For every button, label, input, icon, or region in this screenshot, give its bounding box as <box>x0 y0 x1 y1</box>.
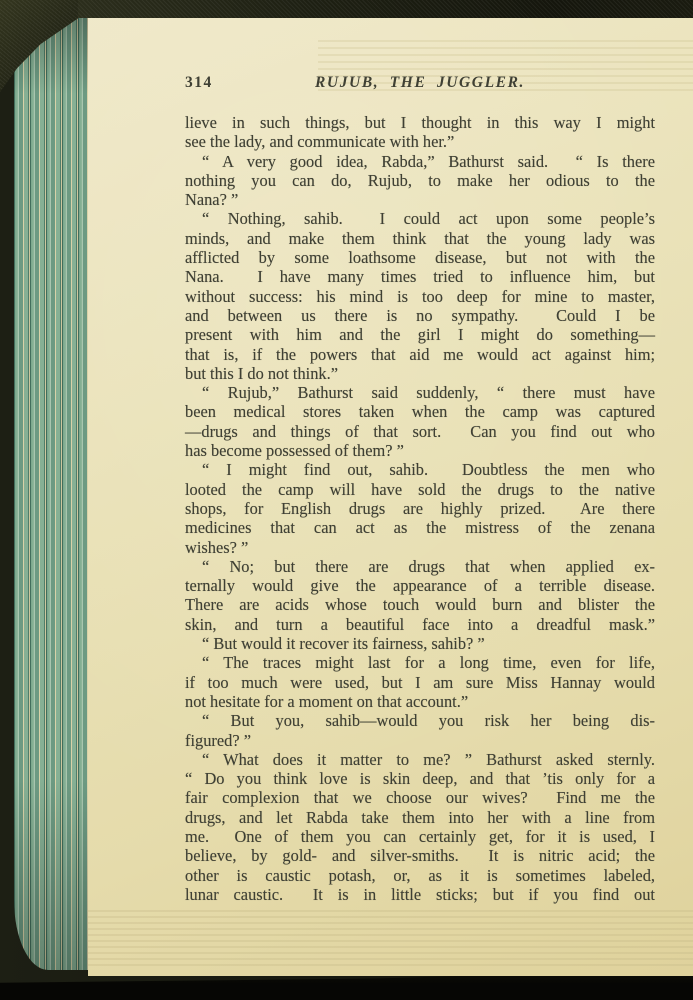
text-line: medicines that can act as the mistress o… <box>185 518 655 537</box>
text-line: afflicted by some loathsome disease, but… <box>185 248 655 267</box>
text-line: drugs, and let Rabda take them into her … <box>185 808 655 827</box>
running-title: RUJUB, THE JUGGLER. <box>185 74 655 92</box>
book-photo: 314 RUJUB, THE JUGGLER. lieve in such th… <box>0 0 693 1000</box>
page-header: 314 RUJUB, THE JUGGLER. <box>88 74 693 96</box>
text-line: “ What does it matter to me? ” Bathurst … <box>185 750 655 769</box>
text-line: “ But would it recover its fairness, sah… <box>185 634 655 653</box>
paragraph: “ Rujub,” Bathurst said suddenly, “ ther… <box>185 383 655 460</box>
text-line: nothing you can do, Rujub, to make her o… <box>185 171 655 190</box>
text-line: me. One of them you can certainly get, f… <box>185 827 655 846</box>
text-line: wishes? ” <box>185 538 655 557</box>
text-line: “ Rujub,” Bathurst said suddenly, “ ther… <box>185 383 655 402</box>
text-line: There are acids whose touch would burn a… <box>185 595 655 614</box>
text-line: skin, and turn a beautiful face into a d… <box>185 615 655 634</box>
paragraph: “ What does it matter to me? ” Bathurst … <box>185 750 655 904</box>
text-line: “ The traces might last for a long time,… <box>185 653 655 672</box>
text-line: not hesitate for a moment on that accoun… <box>185 692 655 711</box>
text-line: if too much were used, but I am sure Mis… <box>185 673 655 692</box>
text-line: looted the camp will have sold the drugs… <box>185 480 655 499</box>
text-line: other is caustic potash, or, as it is so… <box>185 866 655 885</box>
text-line: believe, by gold- and silver-smiths. It … <box>185 846 655 865</box>
text-line: minds, and make them think that the youn… <box>185 229 655 248</box>
paragraph: “ Nothing, sahib. I could act upon some … <box>185 209 655 383</box>
paragraph: “ But you, sahib—would you risk her bein… <box>185 711 655 750</box>
text-line: been medical stores taken when the camp … <box>185 402 655 421</box>
text-line: “ Nothing, sahib. I could act upon some … <box>185 209 655 228</box>
text-line: “ I might find out, sahib. Doubtless the… <box>185 460 655 479</box>
text-line: figured? ” <box>185 731 655 750</box>
underpage-streaks-bottom <box>88 910 693 968</box>
text-line: —drugs and things of that sort. Can you … <box>185 422 655 441</box>
text-line: lieve in such things, but I thought in t… <box>185 113 655 132</box>
text-line: lunar caustic. It is in little sticks; b… <box>185 885 655 904</box>
text-line: “ But you, sahib—would you risk her bein… <box>185 711 655 730</box>
text-line: has become possessed of them? ” <box>185 441 655 460</box>
text-line: “ A very good idea, Rabda,” Bathurst sai… <box>185 152 655 171</box>
page-text: lieve in such things, but I thought in t… <box>185 113 655 904</box>
book-page-edges <box>14 18 92 970</box>
text-line: “ No; but there are drugs that when appl… <box>185 557 655 576</box>
text-line: without success: his mind is too deep fo… <box>185 287 655 306</box>
text-line: ternally would give the appearance of a … <box>185 576 655 595</box>
paragraph: “ No; but there are drugs that when appl… <box>185 557 655 634</box>
text-line: and between us there is no sympathy. Cou… <box>185 306 655 325</box>
text-line: see the lady, and communicate with her.” <box>185 132 655 151</box>
paragraph: “ The traces might last for a long time,… <box>185 653 655 711</box>
text-line: but this I do not think.” <box>185 364 655 383</box>
paragraph: lieve in such things, but I thought in t… <box>185 113 655 152</box>
paragraph: “ I might find out, sahib. Doubtless the… <box>185 460 655 556</box>
text-line: “ Do you think love is skin deep, and th… <box>185 769 655 788</box>
text-line: Nana? ” <box>185 190 655 209</box>
text-line: that is, if the powers that aid me would… <box>185 345 655 364</box>
paragraph: “ A very good idea, Rabda,” Bathurst sai… <box>185 152 655 210</box>
text-line: Nana. I have many times tried to influen… <box>185 267 655 286</box>
book-page: 314 RUJUB, THE JUGGLER. lieve in such th… <box>88 18 693 976</box>
book-cover-cloth-top <box>0 0 693 20</box>
text-line: present with him and the girl I might do… <box>185 325 655 344</box>
text-line: shops, for English drugs are highly priz… <box>185 499 655 518</box>
paragraph: “ But would it recover its fairness, sah… <box>185 634 655 653</box>
text-line: fair complexion that we choose our wives… <box>185 788 655 807</box>
